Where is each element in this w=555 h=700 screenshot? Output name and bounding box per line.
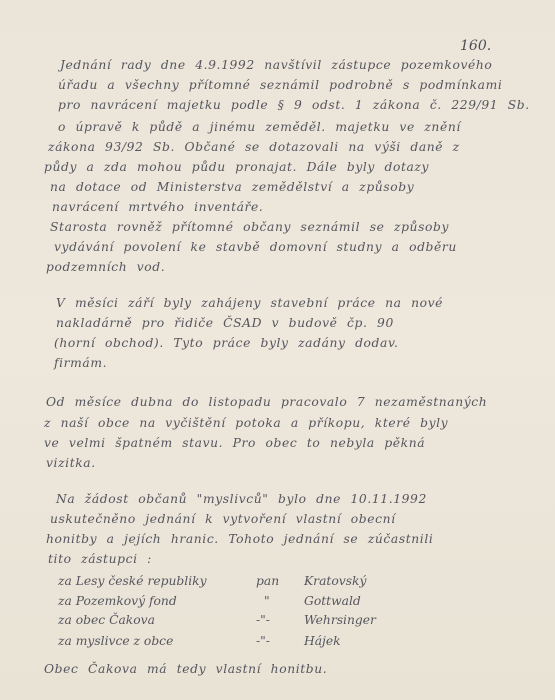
text-line: půdy a zda mohou půdu pronajat. Dále byl…	[44, 160, 429, 174]
text-line: (horní obchod). Tyto práce byly zadány d…	[54, 336, 399, 350]
text-line: V měsíci září byly zahájeny stavební prá…	[56, 296, 443, 310]
representative-org: za myslivce z obce	[58, 634, 173, 648]
text-line: ve velmi špatném stavu. Pro obec to neby…	[44, 436, 425, 450]
handwritten-chronicle-page: 160. Jednání rady dne 4.9.1992 navštívil…	[0, 0, 555, 700]
representative-org: za Pozemkový fond	[58, 594, 177, 608]
closing-line: Obec Čakova má tedy vlastní honitbu.	[44, 662, 327, 676]
representative-org: za Lesy české republiky	[58, 574, 207, 588]
ditto-mark: -"-	[256, 613, 270, 627]
representative-name: Kratovský	[304, 574, 366, 588]
text-line: vizitka.	[46, 456, 96, 470]
text-line: vydávání povolení ke stavbě domovní stud…	[54, 240, 457, 254]
text-line: zákona 93/92 Sb. Občané se dotazovali na…	[48, 140, 460, 154]
ditto-mark: "	[264, 594, 270, 608]
text-line: navrácení mrtvého inventáře.	[52, 200, 263, 214]
text-line: Starosta rovněž přítomné občany seznámil…	[50, 220, 449, 234]
representative-name: Hájek	[304, 634, 341, 648]
text-line: tito zástupci :	[48, 552, 152, 566]
text-line: úřadu a všechny přítomné seznámil podrob…	[58, 78, 502, 92]
text-line: Od měsíce dubna do listopadu pracovalo 7…	[46, 395, 487, 409]
representative-name: Wehrsinger	[304, 613, 376, 627]
ditto-mark: -"-	[256, 634, 270, 648]
text-line: z naší obce na vyčištění potoka a příkop…	[44, 416, 448, 430]
text-line: firmám.	[54, 356, 107, 370]
text-line: pro navrácení majetku podle § 9 odst. 1 …	[58, 98, 530, 112]
text-line: na dotace od Ministerstva zemědělství a …	[50, 180, 414, 194]
representative-org: za obec Čakova	[58, 613, 155, 627]
text-line: nakladárně pro řidiče ČSAD v budově čp. …	[56, 316, 394, 330]
representative-title: pan	[256, 574, 279, 588]
text-line: o úpravě k půdě a jinému zeměděl. majetk…	[58, 120, 461, 134]
text-line: podzemních vod.	[46, 260, 165, 274]
text-line: uskutečněno jednání k vytvoření vlastní …	[50, 512, 396, 526]
page-number: 160.	[460, 38, 491, 54]
text-line: honitby a jejích hranic. Tohoto jednání …	[46, 532, 433, 546]
text-line: Jednání rady dne 4.9.1992 navštívil zást…	[60, 58, 492, 72]
representative-name: Gottwald	[304, 594, 361, 608]
text-line: Na žádost občanů "myslivců" bylo dne 10.…	[56, 492, 427, 506]
